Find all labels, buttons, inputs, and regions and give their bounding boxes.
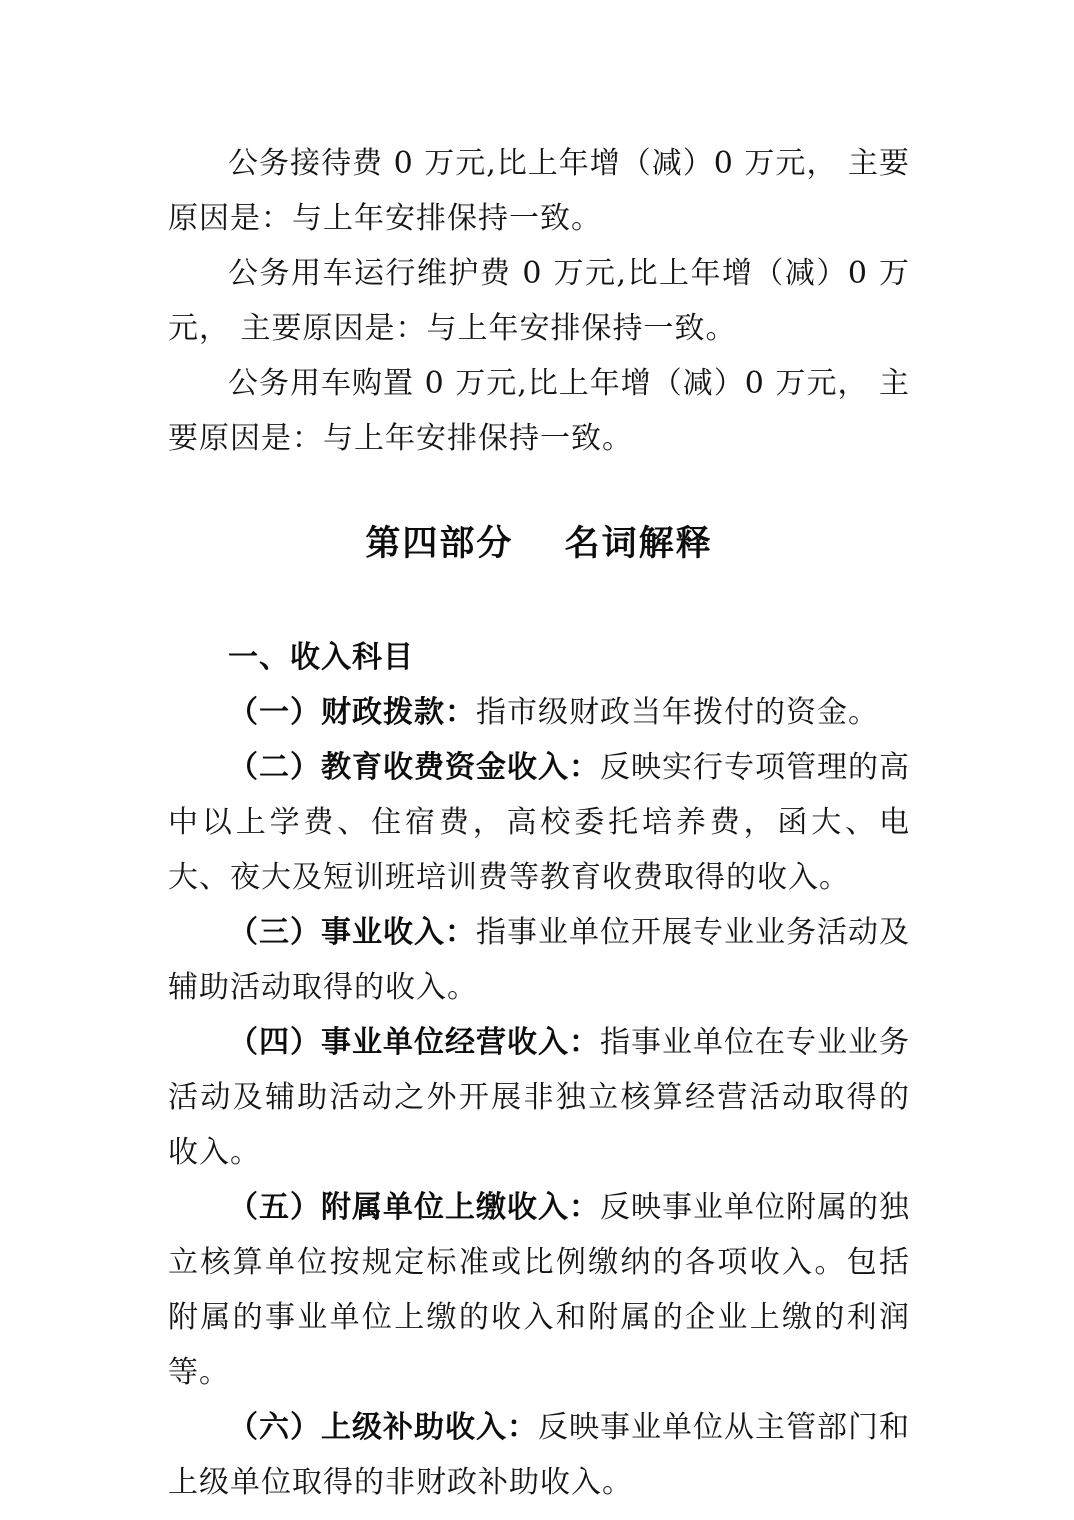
definition-text: 指市级财政当年拨付的资金。: [476, 695, 879, 730]
paragraph-official-reception-fee: 公务接待费 0 万元,比上年增（减）0 万元， 主要原因是：与上年安排保持一致。: [168, 136, 910, 246]
definition-item-superior-subsidy-income: （六）上级补助收入：反映事业单位从主管部门和上级单位取得的非财政补助收入。: [168, 1400, 910, 1510]
paragraph-vehicle-purchase-fee: 公务用车购置 0 万元,比上年增（减）0 万元， 主要原因是：与上年安排保持一致…: [168, 356, 910, 466]
definition-term: （一）财政拨款：: [228, 695, 476, 730]
definition-term: （三）事业收入：: [228, 915, 476, 950]
definition-item-subordinate-unit-remitted-income: （五）附属单位上缴收入：反映事业单位附属的独立核算单位按规定标准或比例缴纳的各项…: [168, 1180, 910, 1400]
definition-item-institution-income: （三）事业收入：指事业单位开展专业业务活动及辅助活动取得的收入。: [168, 905, 910, 1015]
definition-item-fiscal-appropriation: （一）财政拨款：指市级财政当年拨付的资金。: [168, 685, 910, 740]
definition-term: （四）事业单位经营收入：: [228, 1025, 600, 1060]
definition-term: （五）附属单位上缴收入：: [228, 1190, 600, 1225]
section-heading-part-four-glossary: 第四部分 名词解释: [168, 516, 910, 572]
definition-term: （二）教育收费资金收入：: [228, 750, 600, 785]
definition-item-institution-operating-income: （四）事业单位经营收入：指事业单位在专业业务活动及辅助活动之外开展非独立核算经营…: [168, 1015, 910, 1180]
definition-item-education-fee-income: （二）教育收费资金收入：反映实行专项管理的高中以上学费、住宿费，高校委托培养费，…: [168, 740, 910, 905]
definition-term: （六）上级补助收入：: [228, 1410, 538, 1445]
subsection-heading-income-categories: 一、收入科目: [168, 630, 910, 685]
paragraph-vehicle-operation-maintenance-fee: 公务用车运行维护费 0 万元,比上年增（减）0 万元， 主要原因是：与上年安排保…: [168, 246, 910, 356]
document-page: 公务接待费 0 万元,比上年增（减）0 万元， 主要原因是：与上年安排保持一致。…: [0, 0, 1074, 1520]
